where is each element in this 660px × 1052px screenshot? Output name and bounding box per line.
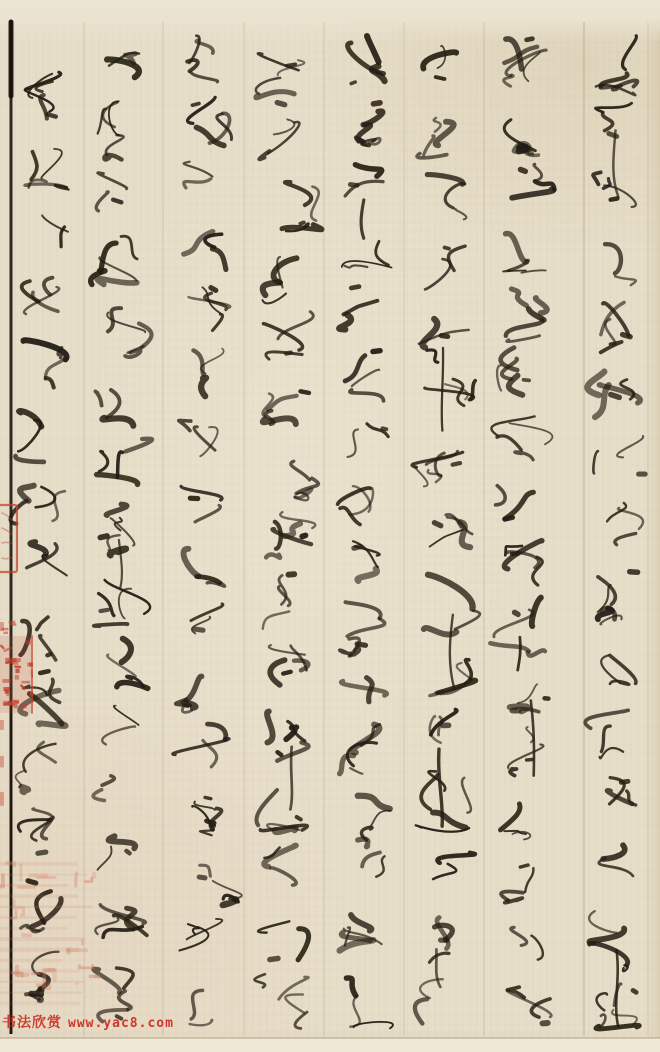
seal-top-outline — [0, 505, 17, 572]
calligraphy-column — [338, 36, 393, 1028]
site-watermark: 书法欣赏www.yac8.com — [2, 1012, 174, 1034]
calligraphy-column — [490, 39, 554, 1024]
seal-bottom-faded — [0, 863, 102, 1003]
calligraphy-column — [254, 53, 322, 1028]
calligraphy-manuscript-scan: 书法欣赏www.yac8.com — [0, 0, 660, 1052]
calligraphy-column — [585, 36, 645, 1029]
calligraphy-artwork — [0, 0, 660, 1052]
calligraphy-columns — [11, 36, 646, 1029]
watermark-cjk-text: 书法欣赏 — [2, 1015, 62, 1031]
watermark-url-text: www.yac8.com — [68, 1016, 174, 1031]
bottom-mount-strip — [0, 1038, 660, 1052]
calligraphy-column — [11, 72, 69, 1001]
calligraphy-column — [412, 46, 480, 1024]
calligraphy-column — [173, 36, 242, 1026]
column-rule-lines — [84, 22, 648, 1036]
calligraphy-column — [91, 53, 152, 1022]
collector-seals — [0, 505, 102, 1003]
